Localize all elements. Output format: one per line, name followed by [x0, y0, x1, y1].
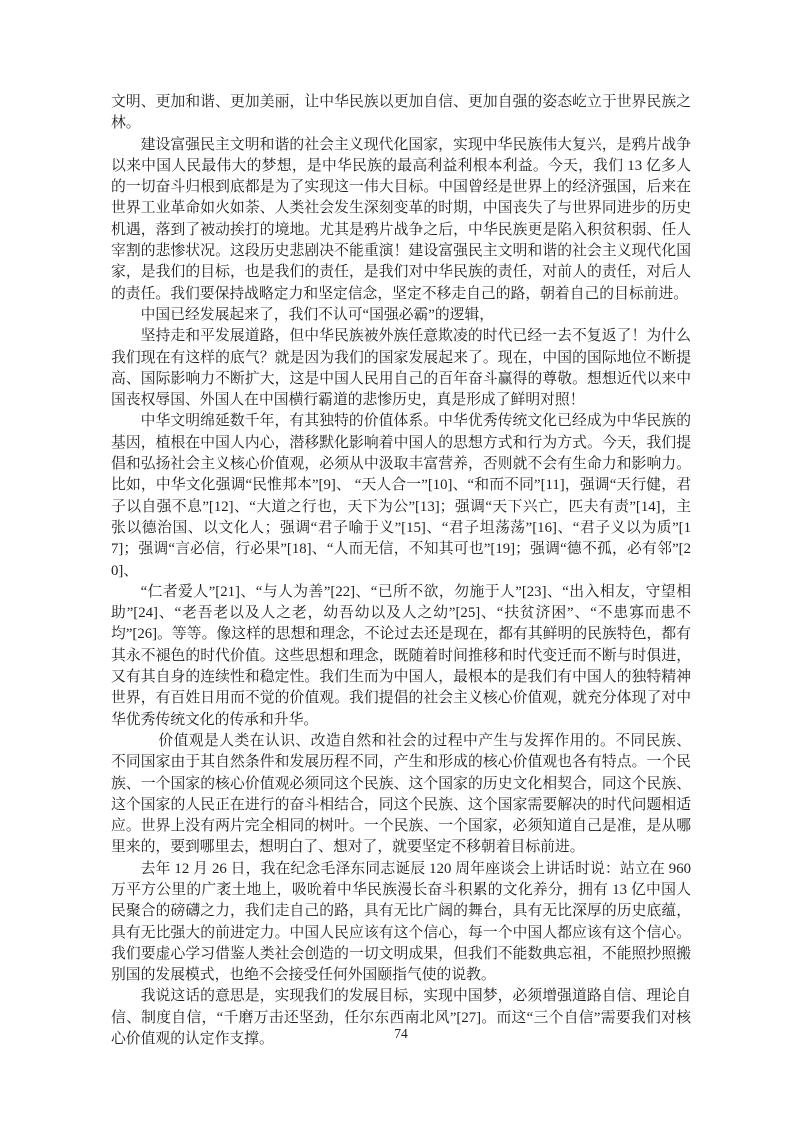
paragraph: 中华文明绵延数千年，有其独特的价值体系。中华优秀传统文化已经成为中华民族的基因，…	[111, 411, 691, 581]
document-text-block: 文明、更加和谐、更加美丽，让中华民族以更加自信、更加自强的姿态屹立于世界民族之林…	[111, 92, 691, 1050]
paragraph-continuation: 文明、更加和谐、更加美丽，让中华民族以更加自信、更加自强的姿态屹立于世界民族之林…	[111, 92, 691, 135]
paragraph: 建设富强民主文明和谐的社会主义现代化国家，实现中华民族伟大复兴，是鸦片战争以来中…	[111, 135, 691, 305]
page-number: 74	[111, 1026, 691, 1042]
paragraph: “仁者爱人”[21]、“与人为善”[22]、“已所不欲，勿施于人”[23]、“出…	[111, 582, 691, 731]
paragraph: 去年 12 月 26 日，我在纪念毛泽东同志诞辰 120 周年座谈会上讲话时说：…	[111, 859, 691, 987]
document-page: 文明、更加和谐、更加美丽，让中华民族以更加自信、更加自强的姿态屹立于世界民族之林…	[0, 0, 800, 1131]
paragraph: 坚持走和平发展道路，但中华民族被外族任意欺凌的时代已经一去不复返了！为什么我们现…	[111, 326, 691, 411]
paragraph: 中国已经发展起来了，我们不认可“国强必霸”的逻辑，	[111, 305, 691, 326]
paragraph: 价值观是人类在认识、改造自然和社会的过程中产生与发挥作用的。不同民族、不同国家由…	[111, 731, 691, 859]
